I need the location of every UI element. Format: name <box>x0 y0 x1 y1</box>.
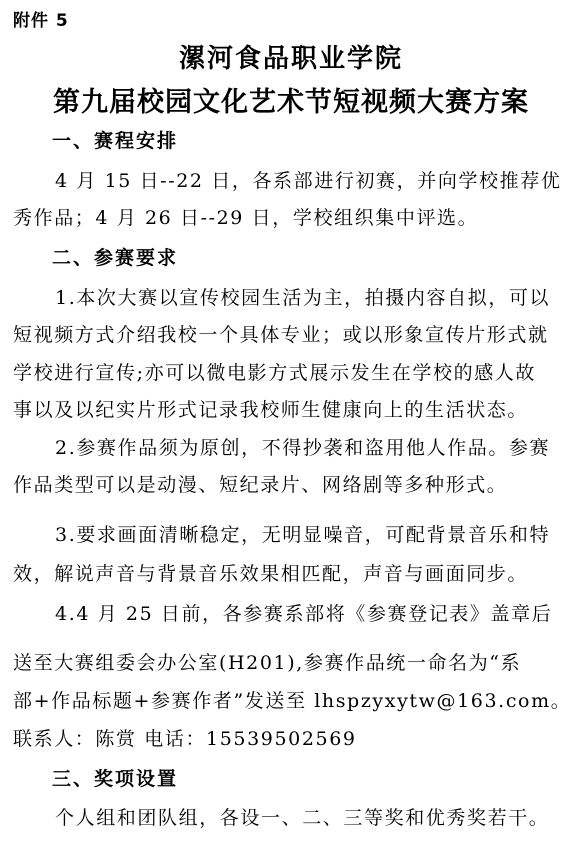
document-title-school: 漯河食品职业学院 <box>0 38 582 75</box>
paragraph-line: 作品类型可以是动漫、短纪录片、网络剧等多种形式。 <box>13 470 573 497</box>
section-heading-awards: 三、奖项设置 <box>52 764 178 791</box>
document-page: 附件 5 漯河食品职业学院 第九届校园文化艺术节短视频大赛方案 一、赛程安排 4… <box>0 0 582 854</box>
paragraph-line: 4.4 月 25 日前，各参赛系部将《参赛登记表》盖章后 <box>55 599 582 626</box>
paragraph-line: 秀作品；4 月 26 日--29 日，学校组织集中评选。 <box>13 203 573 230</box>
attachment-label: 附件 5 <box>13 6 69 31</box>
section-heading-schedule: 一、赛程安排 <box>52 126 178 153</box>
contact-line: 联系人：陈赏 电话：15539502569 <box>13 724 573 751</box>
document-title-plan: 第九届校园文化艺术节短视频大赛方案 <box>0 80 582 119</box>
section-heading-requirements: 二、参赛要求 <box>52 243 178 270</box>
paragraph-line: 个人组和团队组，各设一、二、三等奖和优秀奖若干。 <box>55 803 582 830</box>
paragraph-line: 2.参赛作品须为原创，不得抄袭和盗用他人作品。参赛 <box>55 433 582 460</box>
paragraph-line: 短视频方式介绍我校一个具体专业；或以形象宣传片形式就 <box>13 320 573 347</box>
paragraph-line: 学校进行宣传;亦可以微电影方式展示发生在学校的感人故 <box>13 358 573 385</box>
paragraph-line: 送至大赛组委会办公室(H201),参赛作品统一命名为“系 <box>13 648 573 675</box>
paragraph-line: 事以及以纪实片形式记录我校师生健康向上的生活状态。 <box>13 395 573 422</box>
paragraph-line-email: 部+作品标题+参赛作者”发送至 lhspzyxytw@163.com。 <box>13 686 573 713</box>
paragraph-line: 效，解说声音与背景音乐效果相匹配，声音与画面同步。 <box>13 559 573 586</box>
paragraph-line: 4 月 15 日--22 日，各系部进行初赛，并向学校推荐优 <box>55 166 582 193</box>
paragraph-line: 1.本次大赛以宣传校园生活为主，拍摄内容自拟，可以 <box>55 283 582 310</box>
paragraph-line: 3.要求画面清晰稳定，无明显噪音，可配背景音乐和特 <box>55 520 582 547</box>
